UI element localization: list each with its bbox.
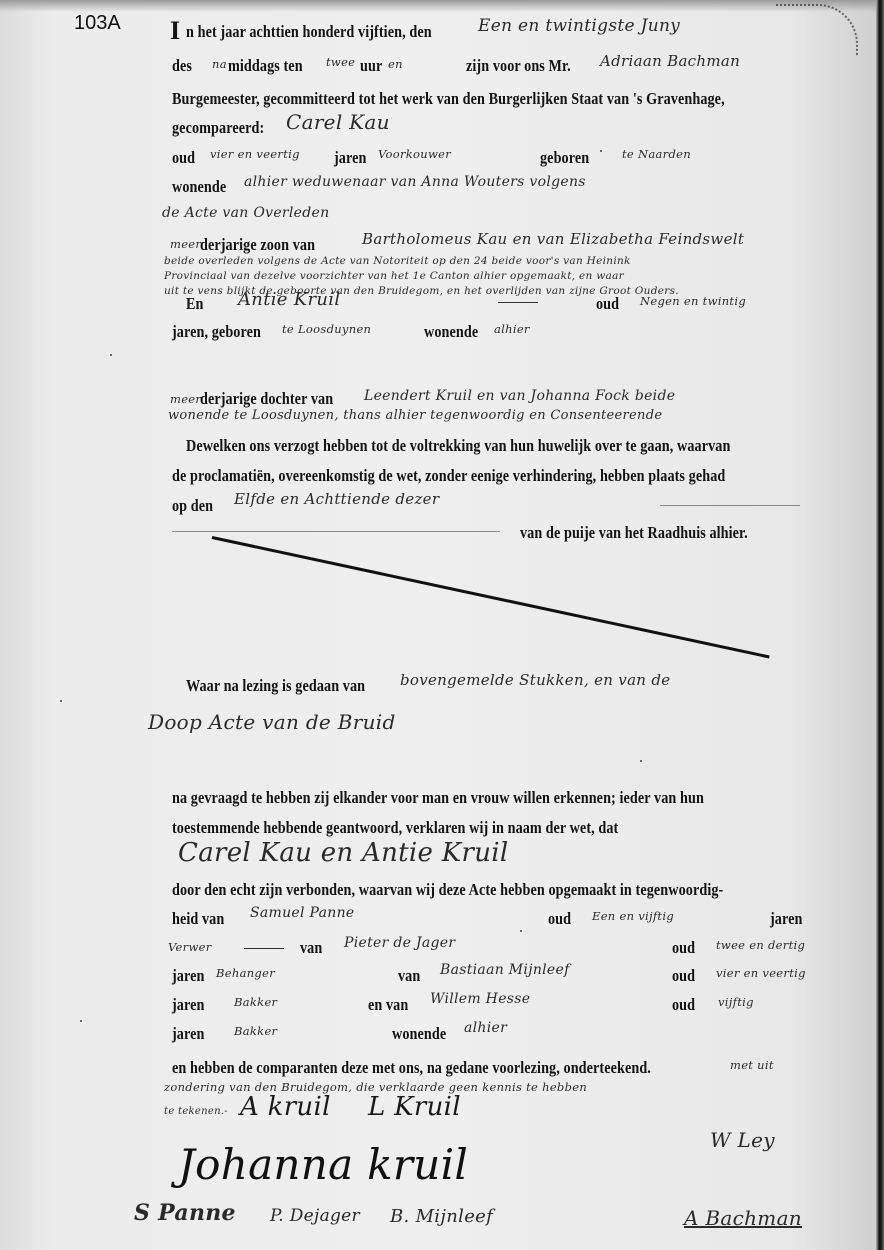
line-28-jaren: jaren — [172, 966, 204, 986]
line-27-oud: oud — [672, 938, 695, 958]
line-26-oud: oud — [548, 909, 571, 929]
line-7-hw: de Acte van Overleden — [162, 205, 329, 221]
line-26-jaren: jaren — [770, 909, 802, 929]
signature-w-ley: W Ley — [710, 1128, 775, 1152]
line-18-op-den: op den — [172, 496, 213, 516]
line-12-dash — [498, 302, 538, 303]
line-19-rule — [172, 531, 500, 532]
certificate-page: 103A I n het jaar achttien honderd vijft… — [0, 0, 876, 1250]
line-5-geboren: geboren — [540, 148, 589, 168]
line-5-hw-occupation: Voorkouwer — [378, 147, 451, 161]
speck — [110, 354, 112, 356]
line-29-hw-witness4: Willem Hesse — [430, 991, 530, 1007]
line-27-van: van — [300, 938, 322, 958]
speck — [600, 150, 602, 152]
line-26-hw-age: Een en vijftig — [592, 909, 674, 923]
line-31-hw: met uit — [730, 1058, 774, 1072]
line-27-hw-witness2: Pieter de Jager — [344, 935, 455, 951]
speck — [80, 1020, 82, 1022]
line-14-hw-meer: meer — [170, 392, 201, 406]
line-28-oud: oud — [672, 966, 695, 986]
line-26-heid-van: heid van — [172, 909, 224, 929]
line-6-hw: alhier weduwenaar van Anna Wouters volge… — [244, 174, 586, 190]
line-2-hw-na: na — [212, 57, 227, 71]
line-28-hw-occupation: Behanger — [216, 966, 275, 980]
signature-p-dejager: P. Dejager — [270, 1206, 360, 1226]
line-5-jaren: jaren — [334, 148, 366, 168]
line-27-hw-occupation: Verwer — [168, 940, 212, 954]
line-21-hw: Doop Acte van de Bruid — [148, 710, 396, 734]
line-10-hw: Provinciaal van dezelve voorzichter van … — [164, 270, 624, 282]
line-1: I — [170, 16, 180, 46]
signature-a-kruil: A kruil — [240, 1092, 331, 1122]
register-number: 103A — [74, 12, 121, 35]
page-edge-shadow — [876, 0, 884, 1250]
line-28-hw-age: vier en veertig — [716, 966, 806, 980]
line-5-hw-birthplace: te Naarden — [622, 147, 691, 161]
line-15-hw: wonende te Loosduynen, thans alhier tege… — [168, 408, 662, 423]
line-29-hw-age: vijftig — [718, 995, 754, 1009]
line-3: Burgemeester, gecommitteerd tot het werk… — [172, 89, 725, 109]
line-29-en-van: en van — [368, 995, 408, 1015]
line-13-jaren-geboren: jaren, geboren — [172, 322, 261, 342]
line-13-wonende: wonende — [424, 322, 478, 342]
line-12-oud: oud — [596, 294, 619, 314]
line-29-jaren: jaren — [172, 995, 204, 1015]
line-5-oud: oud — [172, 148, 195, 168]
line-20-printed: Waar na lezing is gedaan van — [186, 676, 365, 696]
line-29-hw-occupation: Bakker — [234, 995, 277, 1009]
line-2-hw-mayor: Adriaan Bachman — [600, 52, 740, 70]
line-30-jaren: jaren — [172, 1024, 204, 1044]
line-2-des: des — [172, 56, 192, 76]
line-30-wonende: wonende — [392, 1024, 446, 1044]
line-14-hw-parents: Leendert Kruil en van Johanna Fock beide — [364, 388, 675, 404]
line-12-hw-age: Negen en twintig — [640, 294, 746, 308]
line-1-printed: n het jaar achttien honderd vijftien, de… — [186, 22, 432, 42]
line-23: toestemmende hebbende geantwoord, verkla… — [172, 818, 618, 838]
line-2-uur: uur — [360, 56, 382, 76]
top-shadow — [0, 0, 876, 12]
line-18-rule — [660, 505, 800, 506]
line-26-hw-witness1: Samuel Panne — [250, 905, 355, 921]
line-18-hw-dates: Elfde en Achttiende dezer — [234, 490, 439, 508]
line-2-hw-twee: twee — [326, 55, 355, 69]
line-2-middags: middags ten — [228, 56, 303, 76]
line-2-zijn-voor-ons: zijn voor ons Mr. — [466, 56, 571, 76]
signature-johanna-kruil: Johanna kruil — [178, 1140, 468, 1189]
line-16: Dewelken ons verzogt hebben tot de voltr… — [186, 436, 730, 456]
line-8-hw-parents: Bartholomeus Kau en van Elizabetha Feind… — [362, 230, 744, 248]
line-28-van: van — [398, 966, 420, 986]
initial-letter: I — [170, 16, 180, 45]
line-27-dash — [244, 948, 284, 949]
signature-l-kruil: L Kruil — [368, 1092, 461, 1122]
line-13-hw-residence: alhier — [494, 322, 530, 336]
signature-s-panne: S Panne — [134, 1200, 236, 1226]
line-2-hw-en: en — [388, 57, 403, 71]
line-24-hw-couple: Carel Kau en Antie Kruil — [178, 838, 509, 868]
line-27-hw-age: twee en dertig — [716, 938, 805, 952]
line-8-printed: derjarige zoon van — [200, 235, 315, 255]
line-8-hw-meer: meer — [170, 237, 201, 251]
strike-through-line — [212, 536, 770, 658]
line-20-hw: bovengemelde Stukken, en van de — [400, 671, 670, 689]
line-9-hw: beide overleden volgens de Acte van Noto… — [164, 255, 631, 267]
line-30-hw-occupation: Bakker — [234, 1024, 277, 1038]
line-12-hw-bride: Antie Kruil — [238, 289, 340, 310]
line-4-hw-groom: Carel Kau — [286, 110, 390, 134]
signature-b-mijnleef: B. Mijnleef — [390, 1206, 493, 1227]
line-17: de proclamatiën, overeenkomstig de wet, … — [172, 466, 725, 486]
line-22: na gevraagd te hebben zij elkander voor … — [172, 788, 704, 808]
line-1-date-handwritten: Een en twintigste Juny — [478, 16, 680, 36]
line-29-oud: oud — [672, 995, 695, 1015]
speck — [520, 930, 522, 932]
line-4-gecompareerd: gecompareerd: — [172, 118, 264, 138]
line-12-en: En — [186, 294, 204, 314]
line-19: van de puije van het Raadhuis alhier. — [520, 523, 748, 543]
signature-a-bachman: A Bachman — [684, 1206, 802, 1230]
line-14-printed: derjarige dochter van — [200, 389, 333, 409]
speck — [640, 760, 642, 762]
line-25: door den echt zijn verbonden, waarvan wi… — [172, 880, 723, 900]
line-6-wonende: wonende — [172, 177, 226, 197]
line-31: en hebben de comparanten deze met ons, n… — [172, 1058, 651, 1078]
line-13-hw-birthplace: te Loosduynen — [282, 322, 371, 336]
line-33-hw: te tekenen.- — [164, 1106, 228, 1117]
line-30-hw-residence: alhier — [464, 1020, 507, 1036]
speck — [60, 700, 62, 702]
line-28-hw-witness3: Bastiaan Mijnleef — [440, 962, 570, 978]
line-5-hw-age: vier en veertig — [210, 147, 300, 161]
